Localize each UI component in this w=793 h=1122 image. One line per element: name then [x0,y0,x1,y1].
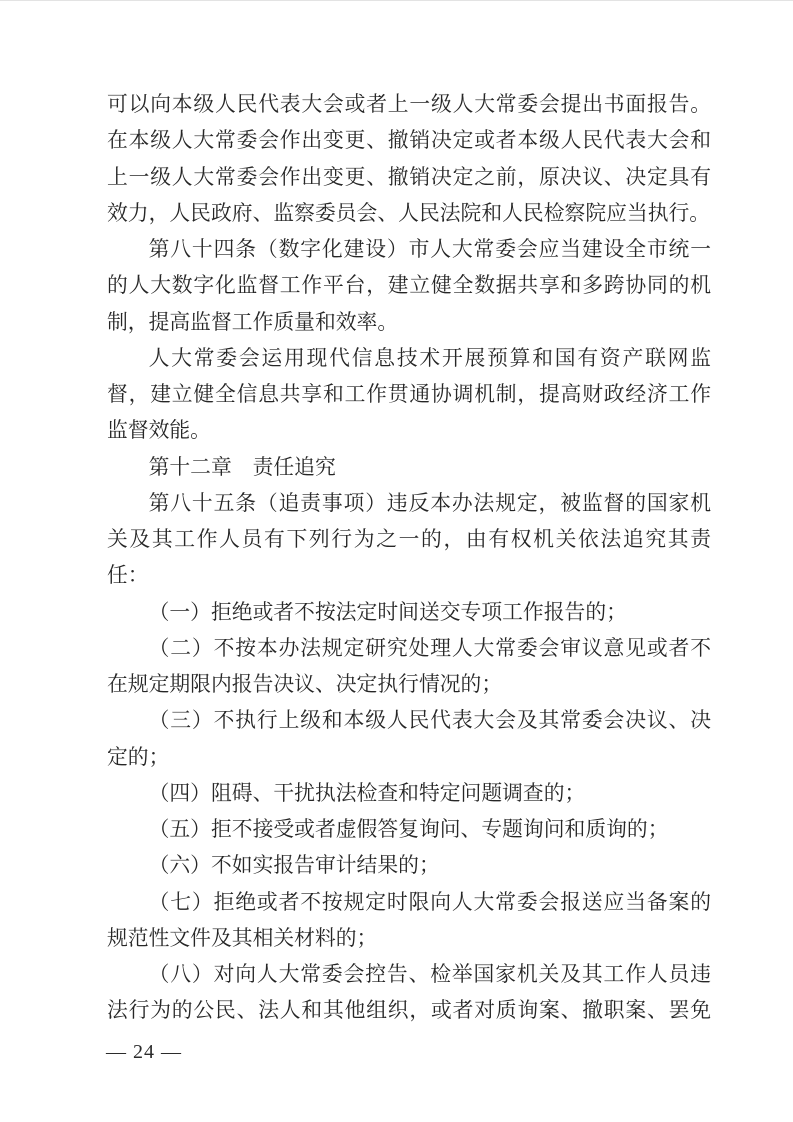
text-line: 第八十四条（数字化建设）市人大常委会应当建设全市统一 [107,232,711,268]
document-page: 可以向本级人民代表大会或者上一级人大常委会提出书面报告。在本级人大常委会作出变更… [0,0,793,1122]
text-line: （八）对向人大常委会控告、检举国家机关及其工作人员违 [107,957,711,993]
text-line: （七）拒绝或者不按规定时限向人大常委会报送应当备案的 [107,885,711,921]
text-line: 的人大数字化监督工作平台，建立健全数据共享和多跨协同的机 [107,268,711,304]
text-line: 督，建立健全信息共享和工作贯通协调机制，提高财政经济工作 [107,377,711,413]
text-line: （六）不如实报告审计结果的； [107,848,711,884]
scan-edge-line [0,0,793,1]
text-line: 任： [107,558,711,594]
text-line: 人大常委会运用现代信息技术开展预算和国有资产联网监 [107,341,711,377]
text-line: 第十二章 责任追究 [107,450,711,486]
document-body: 可以向本级人民代表大会或者上一级人大常委会提出书面报告。在本级人大常委会作出变更… [107,87,711,1030]
text-line: 制，提高监督工作质量和效率。 [107,305,711,341]
text-line: 规范性文件及其相关材料的； [107,921,711,957]
text-line: 法行为的公民、法人和其他组织，或者对质询案、撤职案、罢免 [107,993,711,1029]
text-line: 可以向本级人民代表大会或者上一级人大常委会提出书面报告。 [107,87,711,123]
text-line: （五）拒不接受或者虚假答复询问、专题询问和质询的； [107,812,711,848]
text-line: 关及其工作人员有下列行为之一的，由有权机关依法追究其责 [107,522,711,558]
text-line: 效力，人民政府、监察委员会、人民法院和人民检察院应当执行。 [107,196,711,232]
text-line: （四）阻碍、干扰执法检查和特定问题调查的； [107,776,711,812]
text-line: （一）拒绝或者不按法定时间送交专项工作报告的； [107,595,711,631]
page-number: — 24 — [106,1041,182,1063]
text-line: （三）不执行上级和本级人民代表大会及其常委会决议、决 [107,703,711,739]
text-line: 上一级人大常委会作出变更、撤销决定之前，原决议、决定具有 [107,160,711,196]
text-line: 在规定期限内报告决议、决定执行情况的； [107,667,711,703]
text-line: （二）不按本办法规定研究处理人大常委会审议意见或者不 [107,631,711,667]
text-line: 在本级人大常委会作出变更、撤销决定或者本级人民代表大会和 [107,123,711,159]
text-line: 第八十五条（追责事项）违反本办法规定，被监督的国家机 [107,486,711,522]
text-line: 监督效能。 [107,413,711,449]
text-line: 定的； [107,740,711,776]
